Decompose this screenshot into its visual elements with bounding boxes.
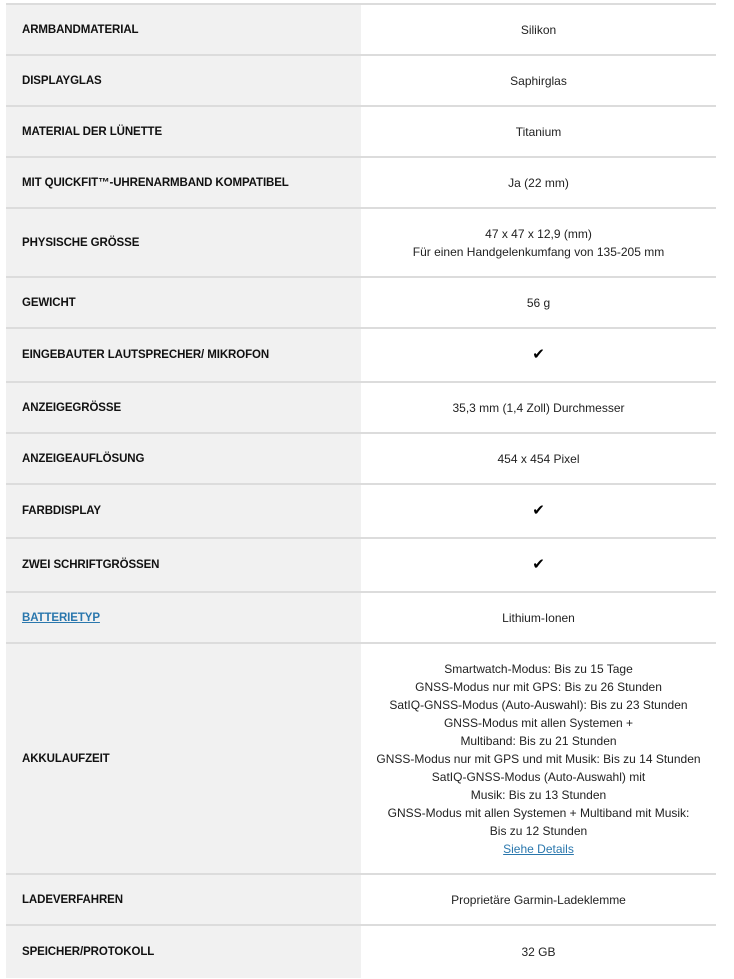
- spec-value: Smartwatch-Modus: Bis zu 15 Tage GNSS-Mo…: [361, 643, 716, 874]
- value-line: GNSS-Modus nur mit GPS: Bis zu 26 Stunde…: [375, 678, 702, 696]
- batterietyp-link[interactable]: BATTERIETYP: [22, 612, 100, 624]
- spec-value: 47 x 47 x 12,9 (mm) Für einen Handgelenk…: [361, 208, 716, 277]
- spec-row-anzeigegroesse: ANZEIGEGRÖSSE 35,3 mm (1,4 Zoll) Durchme…: [6, 382, 716, 433]
- value-line: GNSS-Modus nur mit GPS und mit Musik: Bi…: [375, 750, 702, 768]
- value-line: GNSS-Modus mit allen Systemen + Multiban…: [375, 714, 702, 750]
- value-line: 47 x 47 x 12,9 (mm): [375, 225, 702, 243]
- spec-label: BATTERIETYP: [6, 592, 361, 643]
- spec-value: 56 g: [361, 277, 716, 328]
- spec-label: EINGEBAUTER LAUTSPRECHER/ MIKROFON: [6, 328, 361, 382]
- spec-value: ✔: [361, 538, 716, 592]
- spec-label: ZWEI SCHRIFTGRÖSSEN: [6, 538, 361, 592]
- spec-row-physische-groesse: PHYSISCHE GRÖSSE 47 x 47 x 12,9 (mm) Für…: [6, 208, 716, 277]
- spec-table: ARMBANDMATERIAL Silikon DISPLAYGLAS Saph…: [6, 3, 716, 978]
- spec-label: MATERIAL DER LÜNETTE: [6, 106, 361, 157]
- spec-label: ARMBANDMATERIAL: [6, 4, 361, 55]
- spec-value: Lithium-Ionen: [361, 592, 716, 643]
- spec-row-material-luenette: MATERIAL DER LÜNETTE Titanium: [6, 106, 716, 157]
- value-line: SatIQ-GNSS-Modus (Auto-Auswahl): Bis zu …: [375, 696, 702, 714]
- spec-label: ANZEIGEAUFLÖSUNG: [6, 433, 361, 484]
- checkmark-icon: ✔: [532, 557, 545, 572]
- spec-row-akkulaufzeit: AKKULAUFZEIT Smartwatch-Modus: Bis zu 15…: [6, 643, 716, 874]
- spec-row-displayglas: DISPLAYGLAS Saphirglas: [6, 55, 716, 106]
- value-line: GNSS-Modus mit allen Systemen + Multiban…: [375, 804, 702, 840]
- spec-value: Silikon: [361, 4, 716, 55]
- spec-row-ladeverfahren: LADEVERFAHREN Proprietäre Garmin-Ladekle…: [6, 874, 716, 925]
- spec-value: Saphirglas: [361, 55, 716, 106]
- spec-label: DISPLAYGLAS: [6, 55, 361, 106]
- spec-value: Ja (22 mm): [361, 157, 716, 208]
- value-line: Smartwatch-Modus: Bis zu 15 Tage: [375, 660, 702, 678]
- spec-row-batterietyp: BATTERIETYP Lithium-Ionen: [6, 592, 716, 643]
- spec-label: LADEVERFAHREN: [6, 874, 361, 925]
- spec-row-lautsprecher-mikrofon: EINGEBAUTER LAUTSPRECHER/ MIKROFON ✔: [6, 328, 716, 382]
- spec-label: AKKULAUFZEIT: [6, 643, 361, 874]
- spec-value: ✔: [361, 484, 716, 538]
- spec-value: 454 x 454 Pixel: [361, 433, 716, 484]
- spec-value: 32 GB: [361, 925, 716, 978]
- checkmark-icon: ✔: [532, 503, 545, 518]
- spec-row-quickfit: MIT QUICKFIT™-UHRENARMBAND KOMPATIBEL Ja…: [6, 157, 716, 208]
- spec-label: ANZEIGEGRÖSSE: [6, 382, 361, 433]
- spec-value: 35,3 mm (1,4 Zoll) Durchmesser: [361, 382, 716, 433]
- spec-row-gewicht: GEWICHT 56 g: [6, 277, 716, 328]
- spec-row-farbdisplay: FARBDISPLAY ✔: [6, 484, 716, 538]
- siehe-details-link[interactable]: Siehe Details: [503, 842, 574, 856]
- spec-label: MIT QUICKFIT™-UHRENARMBAND KOMPATIBEL: [6, 157, 361, 208]
- spec-label: GEWICHT: [6, 277, 361, 328]
- spec-label: FARBDISPLAY: [6, 484, 361, 538]
- spec-row-schriftgroessen: ZWEI SCHRIFTGRÖSSEN ✔: [6, 538, 716, 592]
- spec-row-anzeigeaufloesung: ANZEIGEAUFLÖSUNG 454 x 454 Pixel: [6, 433, 716, 484]
- spec-label: PHYSISCHE GRÖSSE: [6, 208, 361, 277]
- spec-value: Titanium: [361, 106, 716, 157]
- checkmark-icon: ✔: [532, 347, 545, 362]
- spec-value: Proprietäre Garmin-Ladeklemme: [361, 874, 716, 925]
- spec-value: ✔: [361, 328, 716, 382]
- value-line: Für einen Handgelenkumfang von 135-205 m…: [375, 243, 702, 261]
- spec-label: SPEICHER/PROTOKOLL: [6, 925, 361, 978]
- value-line: SatIQ-GNSS-Modus (Auto-Auswahl) mit Musi…: [375, 768, 702, 804]
- spec-row-armbandmaterial: ARMBANDMATERIAL Silikon: [6, 4, 716, 55]
- spec-row-speicher-protokoll: SPEICHER/PROTOKOLL 32 GB: [6, 925, 716, 978]
